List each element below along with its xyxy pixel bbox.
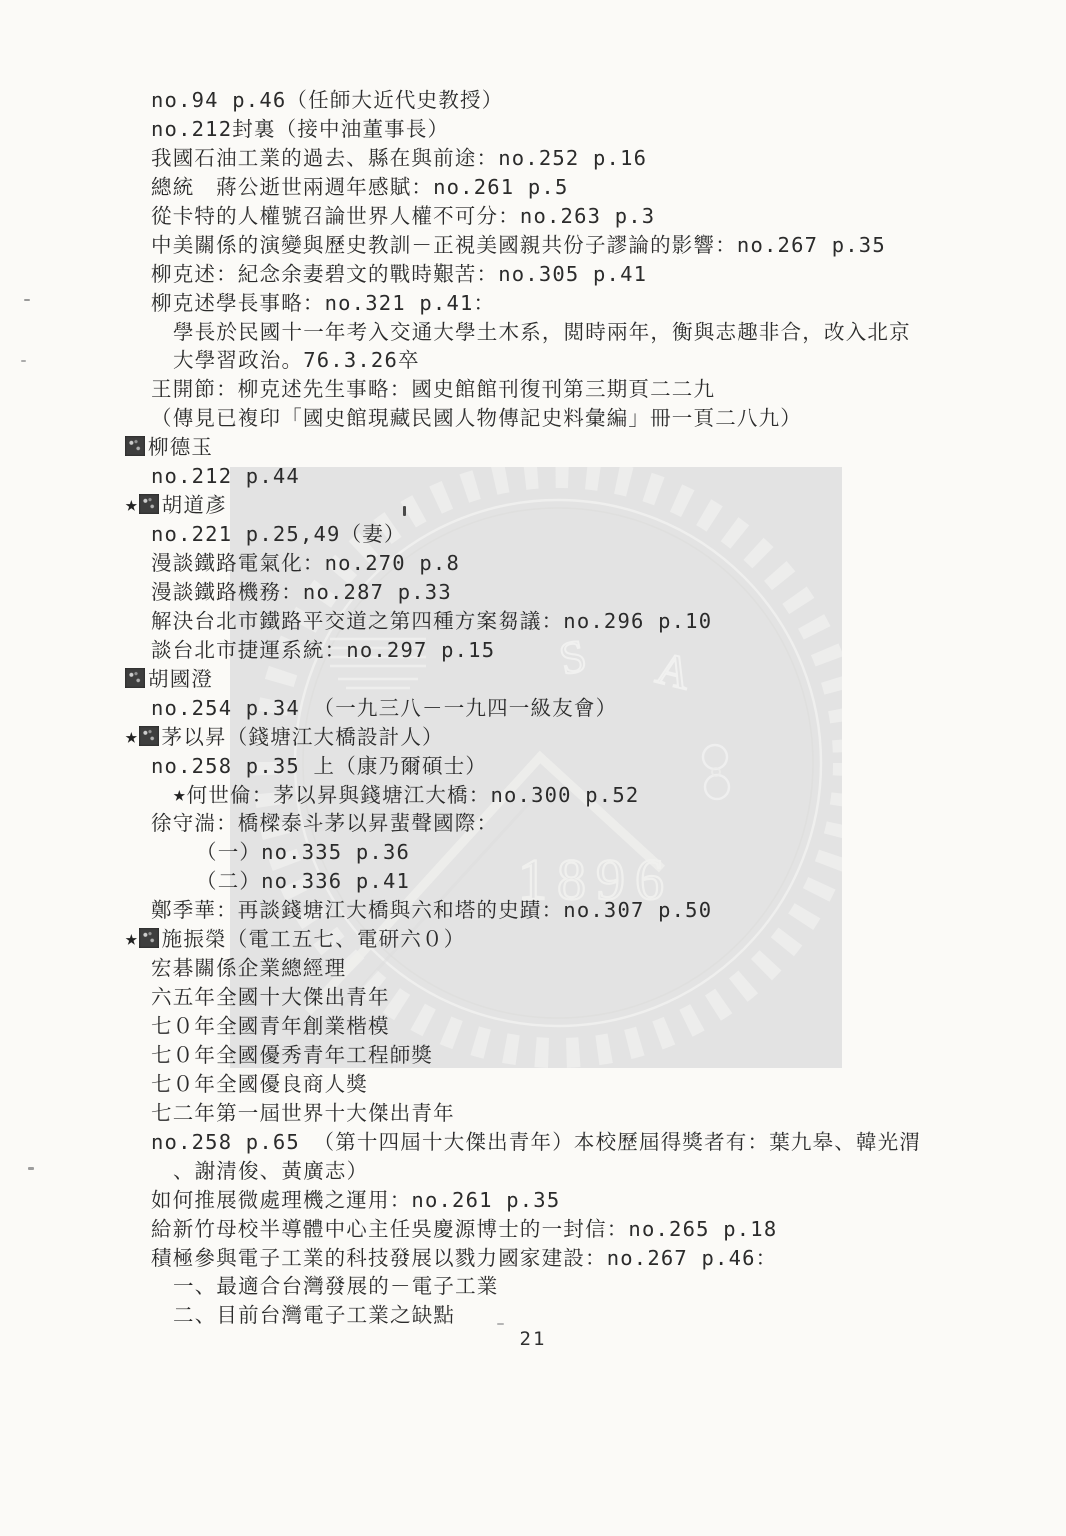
text-line: no.212 p.44 <box>0 462 1066 491</box>
text-line: ★胡道彥 <box>0 491 1066 520</box>
line-text: 施振榮（電工五七、電研六０） <box>162 927 466 951</box>
text-line: no.212封裏（接中油董事長） <box>0 115 1066 144</box>
text-line: no.221 p.25,49（妻） <box>0 520 1066 549</box>
text-line: no.94 p.46（任師大近代史教授） <box>0 86 1066 115</box>
text-line: 學長於民國十一年考入交通大學土木系，閲時兩年，衡與志趣非合，改入北京 <box>0 318 1066 347</box>
line-text: 從卡特的人權號召論世界人權不可分：no.263 p.3 <box>151 204 655 228</box>
line-text: no.221 p.25,49（妻） <box>151 522 406 546</box>
text-line: 胡國澄 <box>0 665 1066 694</box>
line-text: 積極參與電子工業的科技發展以戮力國家建設：no.267 p.46： <box>151 1246 777 1270</box>
text-line: 從卡特的人權號召論世界人權不可分：no.263 p.3 <box>0 202 1066 231</box>
text-line: no.258 p.65 （第十四屆十大傑出青年）本校歷屆得獎者有：葉九皋、韓光渭 <box>0 1128 1066 1157</box>
line-text: 七０年全國優良商人獎 <box>151 1072 368 1096</box>
text-line: ★何世倫：茅以昇與錢塘江大橋：no.300 p.52 <box>0 781 1066 810</box>
line-text: 漫談鐵路電氣化：no.270 p.8 <box>151 551 460 575</box>
text-line: 談台北市捷運系統：no.297 p.15 <box>0 636 1066 665</box>
line-text: 柳克述：紀念余妻碧文的戰時艱苦：no.305 p.41 <box>151 262 647 286</box>
line-text: 胡道彥 <box>162 493 227 517</box>
line-text: 七０年全國青年創業楷模 <box>151 1014 390 1038</box>
line-text: 學長於民國十一年考入交通大學土木系，閲時兩年，衡與志趣非合，改入北京 <box>173 320 911 344</box>
scan-speck <box>24 299 30 301</box>
star-icon: ★ <box>125 722 138 751</box>
star-icon: ★ <box>173 780 186 809</box>
text-line: 徐守湍：橋樑泰斗茅以昇蜚聲國際： <box>0 809 1066 838</box>
scanned-document-page: S A 1896 no.94 p.46（任師大近代史教授）no.212封裏（接中… <box>0 0 1066 1536</box>
text-line: 七二年第一屆世界十大傑出青年 <box>0 1099 1066 1128</box>
line-text: （傳見已複印「國史館現藏民國人物傳記史料彙編」冊一頁二八九） <box>151 406 802 430</box>
line-text: 七二年第一屆世界十大傑出青年 <box>151 1101 455 1125</box>
text-line: 宏碁關係企業總經理 <box>0 954 1066 983</box>
text-line: no.254 p.34 （一九三八－一九四一級友會） <box>0 694 1066 723</box>
text-line: 、謝清俊、黃廣志） <box>0 1157 1066 1186</box>
text-line: （一）no.335 p.36 <box>0 838 1066 867</box>
text-line: （傳見已複印「國史館現藏民國人物傳記史料彙編」冊一頁二八九） <box>0 404 1066 433</box>
line-text: （一）no.335 p.36 <box>196 840 410 864</box>
line-text: no.258 p.35 上（康乃爾碩士） <box>151 754 487 778</box>
text-line: 大學習政治。76.3.26卒 <box>0 346 1066 375</box>
line-text: 一、最適合台灣發展的－電子工業 <box>173 1274 499 1298</box>
line-text: 王開節：柳克述先生事略：國史館館刊復刊第三期頁二二九 <box>151 377 715 401</box>
text-line: 柳克述：紀念余妻碧文的戰時艱苦：no.305 p.41 <box>0 260 1066 289</box>
line-text: 何世倫：茅以昇與錢塘江大橋：no.300 p.52 <box>187 783 640 807</box>
text-line: 解決台北市鐵路平交道之第四種方案芻議：no.296 p.10 <box>0 607 1066 636</box>
scan-speck <box>497 1323 504 1325</box>
line-text: 柳克述學長事略：no.321 p.41： <box>151 291 495 315</box>
text-line: 給新竹母校半導體中心主任吳慶源博士的一封信：no.265 p.18 <box>0 1215 1066 1244</box>
line-text: 總統 蔣公逝世兩週年感賦：no.261 p.5 <box>151 175 569 199</box>
text-line: 積極參與電子工業的科技發展以戮力國家建設：no.267 p.46： <box>0 1244 1066 1273</box>
text-line: ★施振榮（電工五七、電研六０） <box>0 925 1066 954</box>
star-icon: ★ <box>125 490 138 519</box>
text-line: 如何推展微處理機之運用：no.261 p.35 <box>0 1186 1066 1215</box>
document-text: no.94 p.46（任師大近代史教授）no.212封裏（接中油董事長）我國石油… <box>0 86 1066 1330</box>
text-line: 七０年全國優秀青年工程師獎 <box>0 1041 1066 1070</box>
scan-speck <box>28 1167 34 1170</box>
stamp-icon <box>139 928 159 948</box>
line-text: 胡國澄 <box>148 667 213 691</box>
line-text: 宏碁關係企業總經理 <box>151 956 346 980</box>
scan-speck <box>21 360 26 362</box>
text-line: 二、目前台灣電子工業之缺點 <box>0 1301 1066 1330</box>
text-line: 七０年全國優良商人獎 <box>0 1070 1066 1099</box>
text-line: 柳克述學長事略：no.321 p.41： <box>0 289 1066 318</box>
stamp-icon <box>139 726 159 746</box>
stamp-icon <box>125 436 145 456</box>
text-line: 六五年全國十大傑出青年 <box>0 983 1066 1012</box>
text-line: 一、最適合台灣發展的－電子工業 <box>0 1272 1066 1301</box>
line-text: 六五年全國十大傑出青年 <box>151 985 390 1009</box>
line-text: no.212封裏（接中油董事長） <box>151 117 449 141</box>
scan-speck <box>403 506 406 516</box>
text-line: （二）no.336 p.41 <box>0 867 1066 896</box>
stamp-icon <box>139 494 159 514</box>
text-line: 柳德玉 <box>0 433 1066 462</box>
text-line: 中美關係的演變與歷史教訓－正視美國親共份子謬論的影響：no.267 p.35 <box>0 231 1066 260</box>
line-text: 如何推展微處理機之運用：no.261 p.35 <box>151 1188 560 1212</box>
line-text: 漫談鐵路機務：no.287 p.33 <box>151 580 452 604</box>
text-line: 漫談鐵路機務：no.287 p.33 <box>0 578 1066 607</box>
line-text: 我國石油工業的過去、縣在與前途：no.252 p.16 <box>151 146 647 170</box>
line-text: 中美關係的演變與歷史教訓－正視美國親共份子謬論的影響：no.267 p.35 <box>151 233 886 257</box>
text-line: 鄭季華：再談錢塘江大橋與六和塔的史蹟：no.307 p.50 <box>0 896 1066 925</box>
text-line: 七０年全國青年創業楷模 <box>0 1012 1066 1041</box>
line-text: no.212 p.44 <box>151 464 300 488</box>
stamp-icon <box>125 668 145 688</box>
line-text: 解決台北市鐵路平交道之第四種方案芻議：no.296 p.10 <box>151 609 712 633</box>
text-line: ★茅以昇（錢塘江大橋設計人） <box>0 723 1066 752</box>
line-text: 徐守湍：橋樑泰斗茅以昇蜚聲國際： <box>151 811 498 835</box>
text-line: 我國石油工業的過去、縣在與前途：no.252 p.16 <box>0 144 1066 173</box>
text-line: no.258 p.35 上（康乃爾碩士） <box>0 752 1066 781</box>
text-line: 王開節：柳克述先生事略：國史館館刊復刊第三期頁二二九 <box>0 375 1066 404</box>
text-line: 漫談鐵路電氣化：no.270 p.8 <box>0 549 1066 578</box>
line-text: 七０年全國優秀青年工程師獎 <box>151 1043 433 1067</box>
line-text: 大學習政治。76.3.26卒 <box>173 348 420 372</box>
line-text: 鄭季華：再談錢塘江大橋與六和塔的史蹟：no.307 p.50 <box>151 898 712 922</box>
line-text: 、謝清俊、黃廣志） <box>173 1159 368 1183</box>
line-text: no.258 p.65 （第十四屆十大傑出青年）本校歷屆得獎者有：葉九皋、韓光渭 <box>151 1130 921 1154</box>
line-text: 給新竹母校半導體中心主任吳慶源博士的一封信：no.265 p.18 <box>151 1217 777 1241</box>
text-line: 總統 蔣公逝世兩週年感賦：no.261 p.5 <box>0 173 1066 202</box>
line-text: 談台北市捷運系統：no.297 p.15 <box>151 638 495 662</box>
line-text: no.94 p.46（任師大近代史教授） <box>151 88 503 112</box>
star-icon: ★ <box>125 924 138 953</box>
line-text: 柳德玉 <box>148 435 213 459</box>
line-text: （二）no.336 p.41 <box>196 869 410 893</box>
line-text: no.254 p.34 （一九三八－一九四一級友會） <box>151 696 617 720</box>
line-text: 茅以昇（錢塘江大橋設計人） <box>162 725 444 749</box>
line-text: 二、目前台灣電子工業之缺點 <box>173 1303 455 1327</box>
page-number: 21 <box>0 1328 1066 1350</box>
